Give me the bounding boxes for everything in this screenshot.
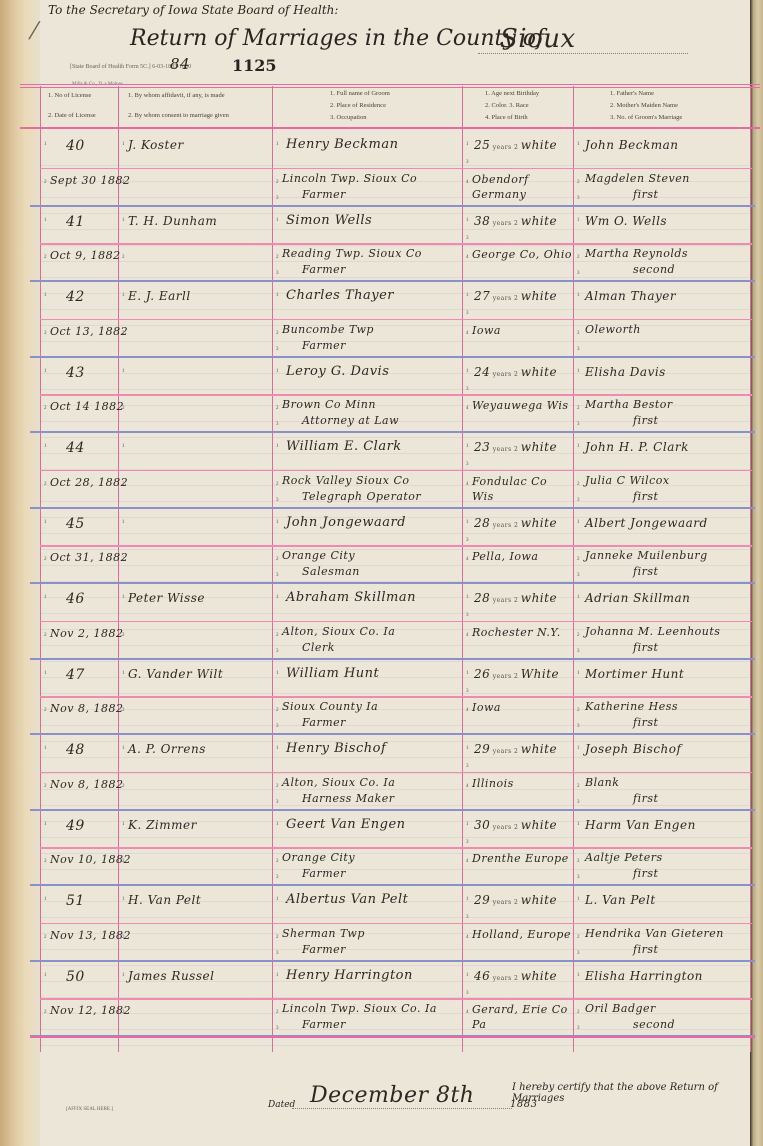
father-name: Joseph Bischof <box>585 742 681 756</box>
field-number: 3 <box>577 951 580 956</box>
age-value: 27 <box>474 289 490 303</box>
field-number: 1 <box>122 595 125 600</box>
column-header-line: 2. Color. 3. Race <box>485 100 539 112</box>
age-value: 28 <box>474 516 490 530</box>
field-number: 3 <box>577 573 580 578</box>
salutation: To the Secretary of Iowa State Board of … <box>48 3 338 17</box>
license-number: 40 <box>66 138 85 154</box>
groom-name: Geert Van Engen <box>286 817 406 832</box>
column-rule <box>40 86 41 1052</box>
field-number: 3 <box>577 649 580 654</box>
birthplace: Obendorf Germany <box>472 172 572 202</box>
groom-occupation: Harness Maker <box>302 792 395 805</box>
record-midline <box>40 545 752 547</box>
mother-maiden-name: Janneke Muilenburg <box>585 549 708 562</box>
birthplace: Holland, Europe <box>472 927 572 942</box>
years-label: years 2 <box>490 673 521 680</box>
affidavit-by: G. Vander Wilt <box>128 667 223 681</box>
column-header-line: 2. Place of Residence <box>330 100 390 112</box>
mother-maiden-name: Katherine Hess <box>585 700 678 713</box>
column-header-line: 2. By whom consent to marriage given <box>128 110 229 122</box>
field-number: 4 <box>466 557 469 562</box>
groom-occupation: Salesman <box>302 565 360 578</box>
field-number: 1 <box>276 746 279 751</box>
field-number: 4 <box>466 255 469 260</box>
years-label: years 2 <box>490 748 521 755</box>
record-divider <box>30 582 755 584</box>
record-divider <box>30 431 755 433</box>
column-header: 1. By whom affidavit, if any, is made2. … <box>128 90 229 130</box>
mother-maiden-name: Oleworth <box>585 323 641 336</box>
field-number: 3 <box>577 1026 580 1031</box>
age-value: 25 <box>474 138 490 152</box>
field-number: 1 <box>466 595 469 600</box>
groom-age: 24 years 2 white <box>474 365 557 379</box>
field-number: 1 <box>276 293 279 298</box>
field-number: 1 <box>44 142 47 147</box>
license-date: Nov 13, 1882 <box>50 929 131 942</box>
years-label: years 2 <box>490 295 521 302</box>
groom-occupation: Clerk <box>302 641 335 654</box>
license-date: Oct 13, 1882 <box>50 325 128 338</box>
field-number: 1 <box>577 897 580 902</box>
column-rule <box>118 86 119 1052</box>
field-number: 2 <box>276 935 279 940</box>
field-number: 3 <box>276 800 279 805</box>
field-number: 3 <box>577 724 580 729</box>
groom-name: Henry Beckman <box>286 137 398 152</box>
field-number: 1 <box>577 520 580 525</box>
field-number: 3 <box>577 271 580 276</box>
record-midline <box>40 168 752 170</box>
field-number: 3 <box>276 498 279 503</box>
years-label: years 2 <box>490 371 521 378</box>
birthplace: George Co, Ohio <box>472 247 572 262</box>
field-number: 1 <box>577 595 580 600</box>
groom-occupation: Farmer <box>302 339 346 352</box>
marriage-number: first <box>633 490 658 503</box>
column-header-line: 1. By whom affidavit, if any, is made <box>128 90 229 102</box>
license-number: 42 <box>66 289 85 305</box>
groom-name: Charles Thayer <box>286 288 394 303</box>
marriage-number: first <box>633 188 658 201</box>
column-header-line: 1. No of License <box>48 90 96 102</box>
field-number: 1 <box>577 293 580 298</box>
marriage-number: first <box>633 641 658 654</box>
license-number: 46 <box>66 591 85 607</box>
marriage-number: first <box>633 792 658 805</box>
field-number: 2 <box>44 859 47 864</box>
groom-name: Albertus Van Pelt <box>286 892 408 907</box>
column-rule <box>462 86 463 1052</box>
field-number: 2 <box>276 784 279 789</box>
field-number: 1 <box>577 822 580 827</box>
affidavit-by: E. J. Earll <box>128 289 191 303</box>
record-midline <box>40 847 752 849</box>
field-number: 4 <box>466 1010 469 1015</box>
groom-name: Henry Bischof <box>286 741 386 756</box>
field-number: 2 <box>44 331 47 336</box>
affidavit-by: A. P. Orrens <box>128 742 206 756</box>
license-number: 49 <box>66 818 85 834</box>
age-value: 30 <box>474 818 490 832</box>
column-header-line: 2. Date of License <box>48 110 96 122</box>
groom-residence: Buncombe Twp <box>282 323 374 336</box>
field-number: 3 <box>466 840 469 845</box>
dated-underline <box>292 1108 512 1109</box>
field-number: 1 <box>44 822 47 827</box>
field-number: 3 <box>577 422 580 427</box>
groom-age: 29 years 2 white <box>474 742 557 756</box>
field-number: 3 <box>276 347 279 352</box>
record-divider <box>30 960 755 962</box>
color-value: white <box>521 893 557 907</box>
license-date: Sept 30 1882 <box>50 174 131 187</box>
groom-residence: Reading Twp. Sioux Co <box>282 247 422 260</box>
color-value: white <box>521 138 557 152</box>
field-number: 3 <box>276 951 279 956</box>
mother-maiden-name: Oril Badger <box>585 1002 656 1015</box>
field-number: 2 <box>577 331 580 336</box>
affidavit-by: T. H. Dunham <box>128 214 217 228</box>
field-number: 1 <box>466 142 469 147</box>
dated-year: 1883 <box>510 1099 537 1110</box>
record-divider <box>30 205 755 207</box>
field-number: 4 <box>466 331 469 336</box>
field-number: 2 <box>44 1010 47 1015</box>
field-number: 1 <box>276 595 279 600</box>
groom-age: 46 years 2 white <box>474 969 557 983</box>
record-divider <box>30 733 755 735</box>
groom-residence: Sioux County Ia <box>282 700 378 713</box>
column-header-line: 3. Occupation <box>330 112 390 124</box>
field-number: 2 <box>577 255 580 260</box>
affidavit-by: J. Koster <box>128 138 184 152</box>
field-number: 2 <box>276 1010 279 1015</box>
field-number: 3 <box>276 875 279 880</box>
field-number: 1 <box>122 293 125 298</box>
field-number: 4 <box>466 784 469 789</box>
field-number: 1 <box>276 671 279 676</box>
years-label: years 2 <box>490 975 521 982</box>
birthplace: Gerard, Erie Co Pa <box>472 1002 572 1032</box>
affidavit-by: James Russel <box>128 969 214 983</box>
field-number: 1 <box>466 822 469 827</box>
groom-age: 30 years 2 white <box>474 818 557 832</box>
field-number: 1 <box>276 897 279 902</box>
page-edge <box>750 0 763 1146</box>
field-number: 1 <box>122 142 125 147</box>
age-value: 23 <box>474 440 490 454</box>
groom-residence: Alton, Sioux Co. Ia <box>282 776 395 789</box>
field-number: 3 <box>276 271 279 276</box>
field-number: 1 <box>122 671 125 676</box>
field-number: 1 <box>44 973 47 978</box>
field-number: 2 <box>44 935 47 940</box>
field-number: 1 <box>122 746 125 751</box>
license-date: Oct 28, 1882 <box>50 476 128 489</box>
years-label: years 2 <box>490 597 521 604</box>
license-number: 43 <box>66 365 85 381</box>
seal-placeholder: [AFFIX SEAL HERE.] <box>66 1107 113 1112</box>
record-midline <box>40 319 752 321</box>
father-name: Wm O. Wells <box>585 214 667 228</box>
field-number: 3 <box>466 160 469 165</box>
license-date: Nov 10, 1882 <box>50 853 131 866</box>
color-value: white <box>521 818 557 832</box>
field-number: 2 <box>577 557 580 562</box>
marriage-number: first <box>633 716 658 729</box>
groom-occupation: Farmer <box>302 716 346 729</box>
father-name: Adrian Skillman <box>585 591 690 605</box>
field-number: 2 <box>276 708 279 713</box>
field-number: 1 <box>122 218 125 223</box>
color-value: white <box>521 440 557 454</box>
field-number: 2 <box>577 1010 580 1015</box>
birthplace: Pella, Iowa <box>472 549 572 564</box>
column-header-line: 1. Age next Birthday <box>485 88 539 100</box>
field-number: 3 <box>466 236 469 241</box>
groom-residence: Lincoln Twp. Sioux Co <box>282 172 417 185</box>
field-number: 1 <box>577 973 580 978</box>
field-number: 1 <box>122 369 125 374</box>
record-midline <box>40 696 752 698</box>
field-number: 1 <box>44 671 47 676</box>
groom-residence: Orange City <box>282 851 355 864</box>
record-midline <box>40 772 752 774</box>
groom-residence: Rock Valley Sioux Co <box>282 474 409 487</box>
license-date: Nov 12, 1882 <box>50 1004 131 1017</box>
groom-occupation: Farmer <box>302 263 346 276</box>
field-number: 2 <box>44 255 47 260</box>
field-number: 2 <box>276 859 279 864</box>
father-name: L. Van Pelt <box>585 893 656 907</box>
column-header-line: 3. No. of Groom's Marriage <box>610 112 682 124</box>
field-number: 1 <box>44 595 47 600</box>
field-number: 1 <box>577 444 580 449</box>
dated-value: December 8th <box>310 1083 474 1108</box>
groom-age: 28 years 2 white <box>474 591 557 605</box>
record-divider <box>30 809 755 811</box>
groom-residence: Sherman Twp <box>282 927 365 940</box>
header-top-rule <box>20 84 760 85</box>
page-title: Return of Marriages in the County of <box>130 26 544 51</box>
field-number: 2 <box>276 331 279 336</box>
father-name: John Beckman <box>585 138 678 152</box>
groom-name: William Hunt <box>286 666 379 681</box>
license-date: Oct 31, 1882 <box>50 551 128 564</box>
field-number: 3 <box>577 498 580 503</box>
color-value: white <box>521 969 557 983</box>
field-number: 3 <box>577 347 580 352</box>
field-number: 2 <box>577 935 580 940</box>
license-date: Nov 8, 1882 <box>50 702 123 715</box>
marriage-number: first <box>633 565 658 578</box>
age-value: 46 <box>474 969 490 983</box>
license-number: 41 <box>66 214 85 230</box>
column-header: 1. No of License2. Date of License <box>48 90 96 130</box>
birthplace: Drenthe Europe <box>472 851 572 866</box>
birthplace: Iowa <box>472 323 572 338</box>
years-label: years 2 <box>490 899 521 906</box>
field-number: 1 <box>44 746 47 751</box>
field-number: 2 <box>276 406 279 411</box>
groom-occupation: Farmer <box>302 867 346 880</box>
field-number: 3 <box>276 649 279 654</box>
color-value: White <box>521 667 559 681</box>
mother-maiden-name: Martha Bestor <box>585 398 673 411</box>
field-number: 1 <box>577 369 580 374</box>
field-number: 2 <box>276 633 279 638</box>
field-number: 1 <box>122 897 125 902</box>
field-number: 1 <box>122 822 125 827</box>
record-midline <box>40 998 752 1000</box>
record-midline <box>40 394 752 396</box>
age-value: 28 <box>474 591 490 605</box>
record-divider <box>30 884 755 886</box>
book-binding <box>0 0 40 1146</box>
color-value: white <box>521 289 557 303</box>
table-bottom-rule <box>30 1036 755 1038</box>
field-number: 2 <box>44 557 47 562</box>
field-number: 3 <box>466 387 469 392</box>
license-number: 47 <box>66 667 85 683</box>
groom-residence: Alton, Sioux Co. Ia <box>282 625 395 638</box>
field-number: 3 <box>466 538 469 543</box>
marriage-number: second <box>633 1018 675 1031</box>
field-number: 1 <box>276 822 279 827</box>
color-value: white <box>521 591 557 605</box>
marriage-number: second <box>633 263 675 276</box>
father-name: John H. P. Clark <box>585 440 689 454</box>
field-number: 1 <box>276 444 279 449</box>
field-number: 1 <box>466 671 469 676</box>
field-number: 2 <box>276 255 279 260</box>
record-midline <box>40 243 752 245</box>
groom-age: 29 years 2 white <box>474 893 557 907</box>
license-number: 48 <box>66 742 85 758</box>
record-divider <box>30 507 755 509</box>
field-number: 2 <box>44 784 47 789</box>
column-header: 1. Full name of Groom2. Place of Residen… <box>330 88 390 124</box>
birthplace: Rochester N.Y. <box>472 625 572 640</box>
field-number: 1 <box>577 746 580 751</box>
record-divider <box>30 658 755 660</box>
record-midline <box>40 470 752 472</box>
field-number: 1 <box>276 973 279 978</box>
groom-name: Henry Harrington <box>286 968 413 983</box>
field-number: 4 <box>466 406 469 411</box>
field-number: 1 <box>44 520 47 525</box>
field-number: 1 <box>122 444 125 449</box>
color-value: white <box>521 365 557 379</box>
field-number: 4 <box>466 859 469 864</box>
years-label: years 2 <box>490 446 521 453</box>
field-number: 1 <box>466 293 469 298</box>
mother-maiden-name: Martha Reynolds <box>585 247 688 260</box>
groom-residence: Orange City <box>282 549 355 562</box>
form-number-handwritten: 84 <box>170 55 190 73</box>
field-number: 4 <box>466 180 469 185</box>
years-label: years 2 <box>490 144 521 151</box>
column-header-line: 2. Mother's Maiden Name <box>610 100 682 112</box>
groom-age: 38 years 2 white <box>474 214 557 228</box>
birthplace: Fondulac Co Wis <box>472 474 572 504</box>
record-divider <box>30 280 755 282</box>
license-date: Nov 8, 1882 <box>50 778 123 791</box>
field-number: 1 <box>577 671 580 676</box>
groom-name: Leroy G. Davis <box>286 364 389 379</box>
birthplace: Illinois <box>472 776 572 791</box>
field-number: 1 <box>466 897 469 902</box>
age-value: 29 <box>474 893 490 907</box>
age-value: 24 <box>474 365 490 379</box>
field-number: 1 <box>577 142 580 147</box>
column-rule <box>573 86 574 1052</box>
father-name: Alman Thayer <box>585 289 676 303</box>
years-label: years 2 <box>490 824 521 831</box>
age-value: 26 <box>474 667 490 681</box>
column-header: 1. Father's Name2. Mother's Maiden Name3… <box>610 88 682 124</box>
field-number: 3 <box>577 196 580 201</box>
license-date: Oct 14 1882 <box>50 400 124 413</box>
field-number: 2 <box>577 859 580 864</box>
mother-maiden-name: Magdelen Steven <box>585 172 690 185</box>
field-number: 2 <box>44 180 47 185</box>
license-number: 50 <box>66 969 85 985</box>
column-rule <box>750 86 751 1052</box>
license-number: 45 <box>66 516 85 532</box>
field-number: 3 <box>466 311 469 316</box>
groom-age: 28 years 2 white <box>474 516 557 530</box>
years-label: years 2 <box>490 220 521 227</box>
license-date: Oct 9, 1882 <box>50 249 121 262</box>
affidavit-by: K. Zimmer <box>128 818 197 832</box>
field-number: 1 <box>577 218 580 223</box>
field-number: 2 <box>44 482 47 487</box>
column-header-line: 1. Father's Name <box>610 88 682 100</box>
father-name: Albert Jongewaard <box>585 516 708 530</box>
field-number: 3 <box>466 462 469 467</box>
field-number: 2 <box>577 482 580 487</box>
groom-age: 23 years 2 white <box>474 440 557 454</box>
license-date: Nov 2, 1882 <box>50 627 123 640</box>
field-number: 2 <box>577 784 580 789</box>
field-number: 1 <box>466 369 469 374</box>
field-number: 2 <box>577 633 580 638</box>
field-number: 1 <box>466 973 469 978</box>
father-name: Harm Van Engen <box>585 818 696 832</box>
field-number: 4 <box>466 633 469 638</box>
field-number: 3 <box>276 196 279 201</box>
field-number: 2 <box>577 708 580 713</box>
form-number-printed: 1125 <box>232 56 277 75</box>
field-number: 2 <box>44 633 47 638</box>
field-number: 2 <box>276 482 279 487</box>
father-name: Elisha Harrington <box>585 969 703 983</box>
field-number: 4 <box>466 482 469 487</box>
column-header-line: 4. Place of Birth <box>485 112 539 124</box>
record-midline <box>40 923 752 925</box>
record-divider <box>30 356 755 358</box>
groom-occupation: Farmer <box>302 1018 346 1031</box>
certification-text: I hereby certify that the above Return o… <box>512 1082 763 1104</box>
field-number: 3 <box>577 800 580 805</box>
field-number: 1 <box>276 142 279 147</box>
field-number: 3 <box>466 689 469 694</box>
field-number: 1 <box>466 520 469 525</box>
field-number: 1 <box>44 369 47 374</box>
